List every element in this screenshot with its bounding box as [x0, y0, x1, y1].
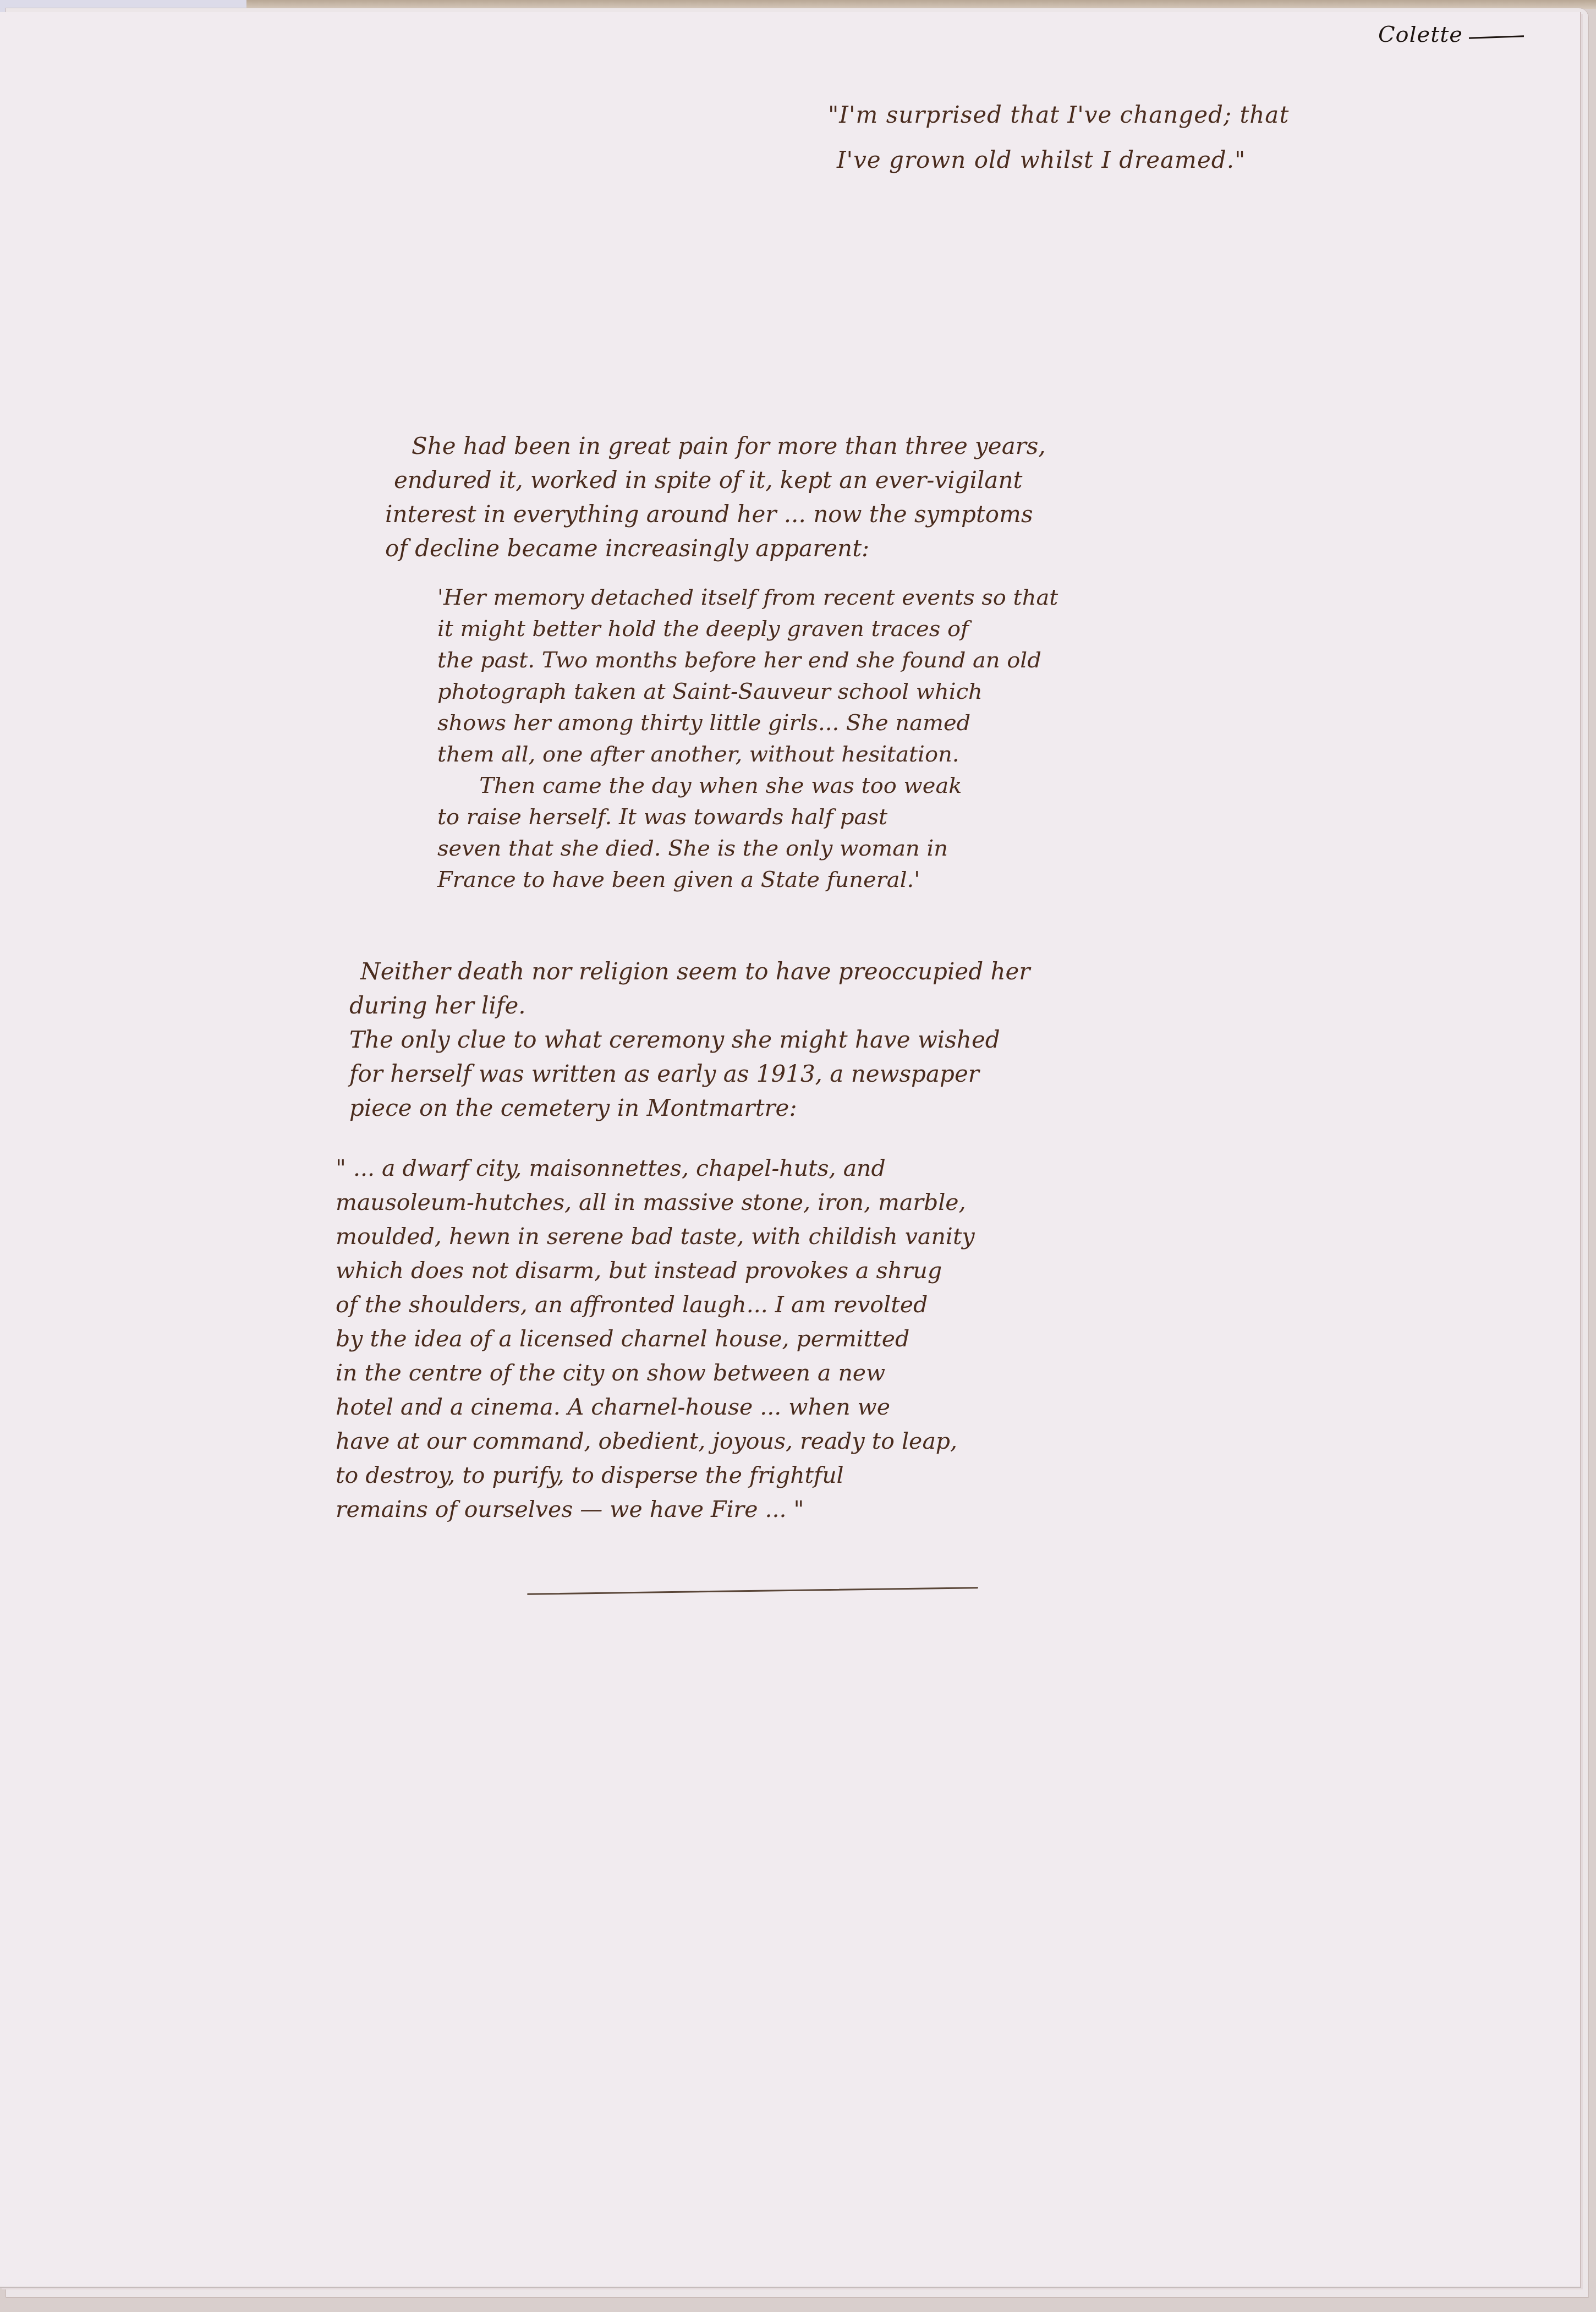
- quote-cemetery: " ... a dwarf city, maisonnettes, chapel…: [336, 1151, 975, 1526]
- quote-line: it might better hold the deeply graven t…: [437, 613, 1058, 645]
- author-signature: Colette: [1378, 22, 1463, 47]
- quote-line: photograph taken at Saint-Sauveur school…: [437, 676, 1058, 708]
- quote-line: remains of ourselves — we have Fire ... …: [336, 1492, 975, 1526]
- text-line: during her life.: [349, 989, 1030, 1023]
- manuscript-page: [0, 12, 1581, 2288]
- quote-line: seven that she died. She is the only wom…: [437, 833, 1058, 864]
- paragraph-ceremony: Neither death nor religion seem to have …: [349, 955, 1030, 1125]
- epigraph-line: "I'm surprised that I've changed; that: [828, 92, 1289, 138]
- quote-line: the past. Two months before her end she …: [437, 645, 1058, 676]
- quote-line: have at our command, obedient, joyous, r…: [336, 1424, 975, 1458]
- text-line: piece on the cemetery in Montmartre:: [349, 1091, 1030, 1125]
- quote-line: to destroy, to purify, to disperse the f…: [336, 1458, 975, 1492]
- text-line: endured it, worked in spite of it, kept …: [385, 463, 1046, 497]
- text-line: The only clue to what ceremony she might…: [349, 1023, 1030, 1057]
- quote-line: Then came the day when she was too weak: [437, 770, 1058, 802]
- epigraph: "I'm surprised that I've changed; that I…: [828, 92, 1289, 183]
- quote-line: mausoleum-hutches, all in massive stone,…: [336, 1185, 975, 1219]
- quote-line: moulded, hewn in serene bad taste, with …: [336, 1219, 975, 1253]
- text-line: interest in everything around her ... no…: [385, 497, 1046, 532]
- quote-line: France to have been given a State funera…: [437, 864, 1058, 896]
- quote-line: hotel and a cinema. A charnel-house ... …: [336, 1390, 975, 1424]
- quote-line: them all, one after another, without hes…: [437, 739, 1058, 770]
- text-line: for herself was written as early as 1913…: [349, 1057, 1030, 1091]
- quote-memory: 'Her memory detached itself from recent …: [437, 582, 1058, 896]
- text-line: Neither death nor religion seem to have …: [349, 955, 1030, 989]
- quote-line: by the idea of a licensed charnel house,…: [336, 1322, 975, 1356]
- text-line: of decline became increasingly apparent:: [385, 532, 1046, 566]
- quote-line: 'Her memory detached itself from recent …: [437, 582, 1058, 613]
- quote-line: in the centre of the city on show betwee…: [336, 1356, 975, 1390]
- quote-line: which does not disarm, but instead provo…: [336, 1253, 975, 1288]
- quote-line: shows her among thirty little girls... S…: [437, 708, 1058, 739]
- paragraph-decline: She had been in great pain for more than…: [385, 429, 1046, 566]
- epigraph-line: I've grown old whilst I dreamed.": [828, 138, 1289, 183]
- quote-line: to raise herself. It was towards half pa…: [437, 802, 1058, 833]
- text-line: She had been in great pain for more than…: [385, 429, 1046, 463]
- quote-line: of the shoulders, an affronted laugh... …: [336, 1288, 975, 1322]
- quote-line: " ... a dwarf city, maisonnettes, chapel…: [336, 1151, 975, 1185]
